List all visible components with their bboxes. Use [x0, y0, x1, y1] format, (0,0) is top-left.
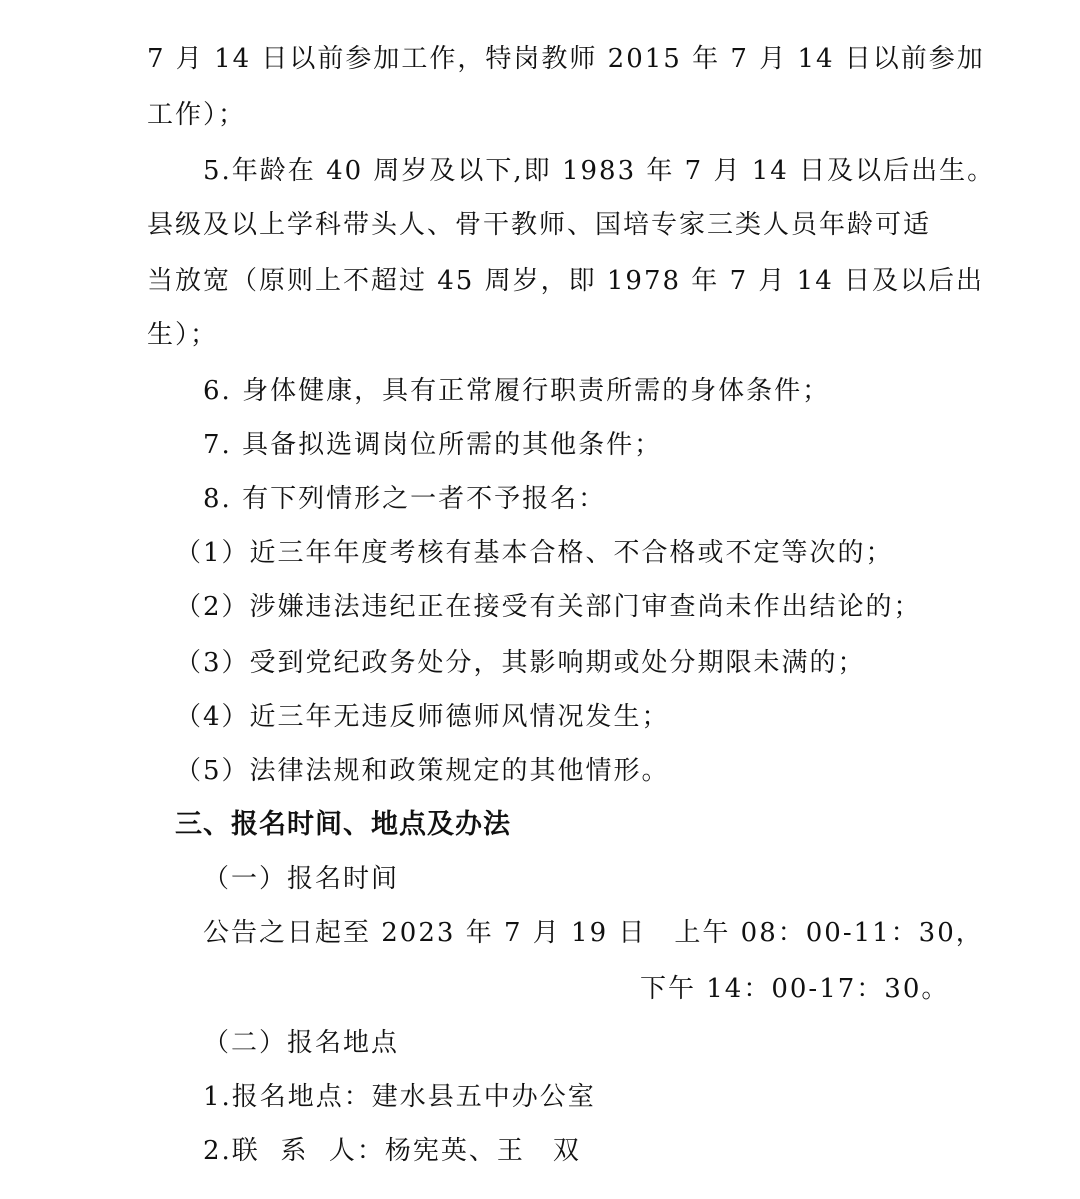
paragraph-line: 6. 身体健康，具有正常履行职责所需的身体条件；: [203, 376, 830, 406]
paragraph-line: （3）受到党纪政务处分，其影响期或处分期限未满的；: [175, 648, 866, 678]
sub-heading-registration-time: （一）报名时间: [203, 864, 399, 894]
paragraph-line: 县级及以上学科带头人、骨干教师、国培专家三类人员年龄可适: [147, 210, 931, 240]
contact-person: 2.联 系 人：杨宪英、王 双: [203, 1136, 581, 1166]
paragraph-line: 8. 有下列情形之一者不予报名：: [203, 484, 606, 514]
paragraph-line: （5）法律法规和政策规定的其他情形。: [175, 756, 670, 786]
paragraph-line: 5.年龄在 40 周岁及以下,即 1983 年 7 月 14 日及以后出生。: [203, 156, 995, 186]
paragraph-line: 工作）；: [147, 100, 246, 130]
paragraph-line: 7. 具备拟选调岗位所需的其他条件；: [203, 430, 662, 460]
registration-location: 1.报名地点：建水县五中办公室: [203, 1082, 596, 1112]
paragraph-line: （1）近三年年度考核有基本合格、不合格或不定等次的；: [175, 538, 894, 568]
paragraph-line: 7 月 14 日以前参加工作，特岗教师 2015 年 7 月 14 日以前参加: [147, 44, 985, 74]
sub-heading-registration-location: （二）报名地点: [203, 1028, 399, 1058]
paragraph-line: （4）近三年无违反师德师风情况发生；: [175, 702, 670, 732]
schedule-morning: 公告之日起至 2023 年 7 月 19 日 上午 08：00-11：30，: [203, 918, 984, 948]
paragraph-line: （2）涉嫌违法违纪正在接受有关部门审查尚未作出结论的；: [175, 592, 922, 622]
section-heading: 三、报名时间、地点及办法: [175, 810, 511, 840]
schedule-afternoon: 下午 14：00-17：30。: [640, 974, 949, 1004]
paragraph-line: 当放宽（原则上不超过 45 周岁，即 1978 年 7 月 14 日及以后出: [147, 266, 984, 296]
paragraph-line: 生）；: [147, 320, 218, 350]
